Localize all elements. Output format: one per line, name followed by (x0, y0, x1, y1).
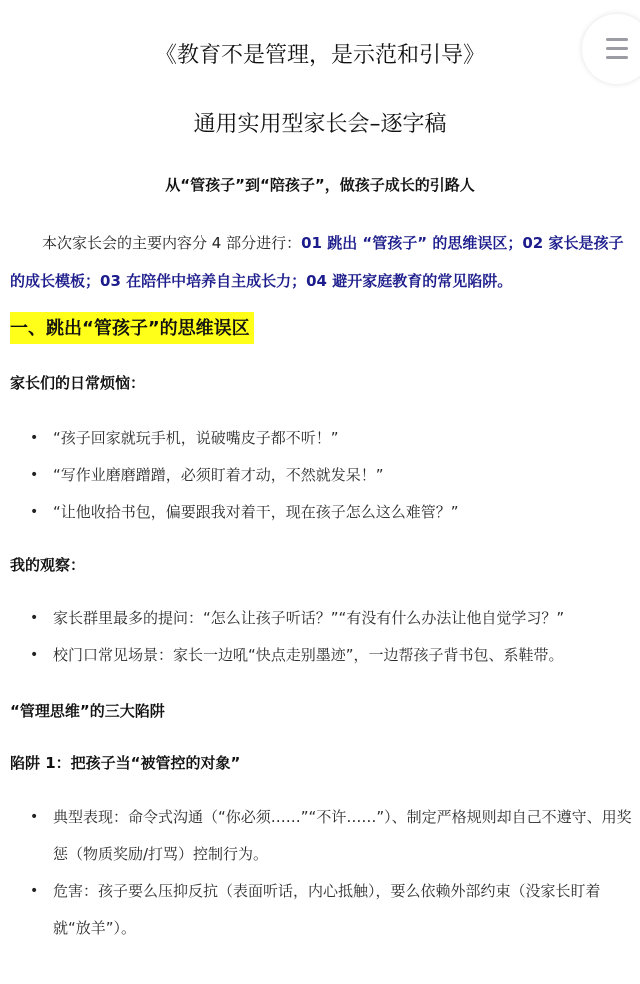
list-item-text: 典型表现：命令式沟通（“你必须……”“不许……”）、制定严格规则却自己不遵守、用… (30, 799, 636, 873)
bullet-icon: • (30, 799, 52, 836)
list-item-text: 危害：孩子要么压抑反抗（表面听话，内心抵触），要么依赖外部约束（没家长盯着就“放… (30, 873, 636, 947)
list-item: • “孩子回家就玩手机，说破嘴皮子都不听！” (30, 420, 636, 457)
bullet-icon: • (30, 494, 52, 531)
hamburger-menu-icon (606, 38, 628, 41)
list-item: • 家长群里最多的提问：“怎么让孩子听话？”“有没有什么办法让他自觉学习？” (30, 600, 636, 637)
list-item: • 危害：孩子要么压抑反抗（表面听话，内心抵触），要么依赖外部约束（没家长盯着就… (30, 873, 636, 947)
bullet-icon: • (30, 637, 52, 674)
intro-lead: 本次家长会的主要内容分 4 部分进行： (42, 234, 301, 252)
hamburger-menu-icon (606, 47, 628, 50)
bullet-icon: • (30, 600, 52, 637)
intro-paragraph: 本次家长会的主要内容分 4 部分进行：01 跳出 “管孩子” 的思维误区；02 … (10, 224, 634, 300)
list-item: • “让他收拾书包，偏要跟我对着干，现在孩子怎么这么难管？” (30, 494, 636, 531)
list-item-text: “让他收拾书包，偏要跟我对着干，现在孩子怎么这么难管？” (30, 494, 636, 531)
traps-heading: “管理思维”的三大陷阱 (10, 700, 165, 721)
bullet-icon: • (30, 457, 52, 494)
document-tagline: 从“管孩子”到“陪孩子”，做孩子成长的引路人 (0, 174, 640, 195)
list-item: • 校门口常见场景：家长一边吼“快点走别墨迹”，一边帮孩子背书包、系鞋带。 (30, 637, 636, 674)
list-item-text: “写作业磨磨蹭蹭，必须盯着才动，不然就发呆！” (30, 457, 636, 494)
trap1-label: 陷阱 1：把孩子当“被管控的对象” (10, 752, 240, 773)
section-heading-1: 一、跳出“管孩子”的思维误区 (10, 312, 254, 344)
list-item: • 典型表现：命令式沟通（“你必须……”“不许……”）、制定严格规则却自己不遵守… (30, 799, 636, 873)
list-item-text: “孩子回家就玩手机，说破嘴皮子都不听！” (30, 420, 636, 457)
observations-label: 我的观察： (10, 554, 85, 575)
worries-label: 家长们的日常烦恼： (10, 372, 145, 393)
document-subtitle: 通用实用型家长会–逐字稿 (0, 107, 640, 138)
bullet-icon: • (30, 873, 52, 910)
menu-button[interactable] (582, 14, 640, 84)
list-item-text: 校门口常见场景：家长一边吼“快点走别墨迹”，一边帮孩子背书包、系鞋带。 (30, 637, 636, 674)
hamburger-menu-icon (606, 56, 628, 59)
list-item-text: 家长群里最多的提问：“怎么让孩子听话？”“有没有什么办法让他自觉学习？” (30, 600, 636, 637)
document-page: 《教育不是管理，是示范和引导》 通用实用型家长会–逐字稿 从“管孩子”到“陪孩子… (0, 0, 640, 984)
list-item: • “写作业磨磨蹭蹭，必须盯着才动，不然就发呆！” (30, 457, 636, 494)
document-title: 《教育不是管理，是示范和引导》 (0, 38, 640, 69)
bullet-icon: • (30, 420, 52, 457)
